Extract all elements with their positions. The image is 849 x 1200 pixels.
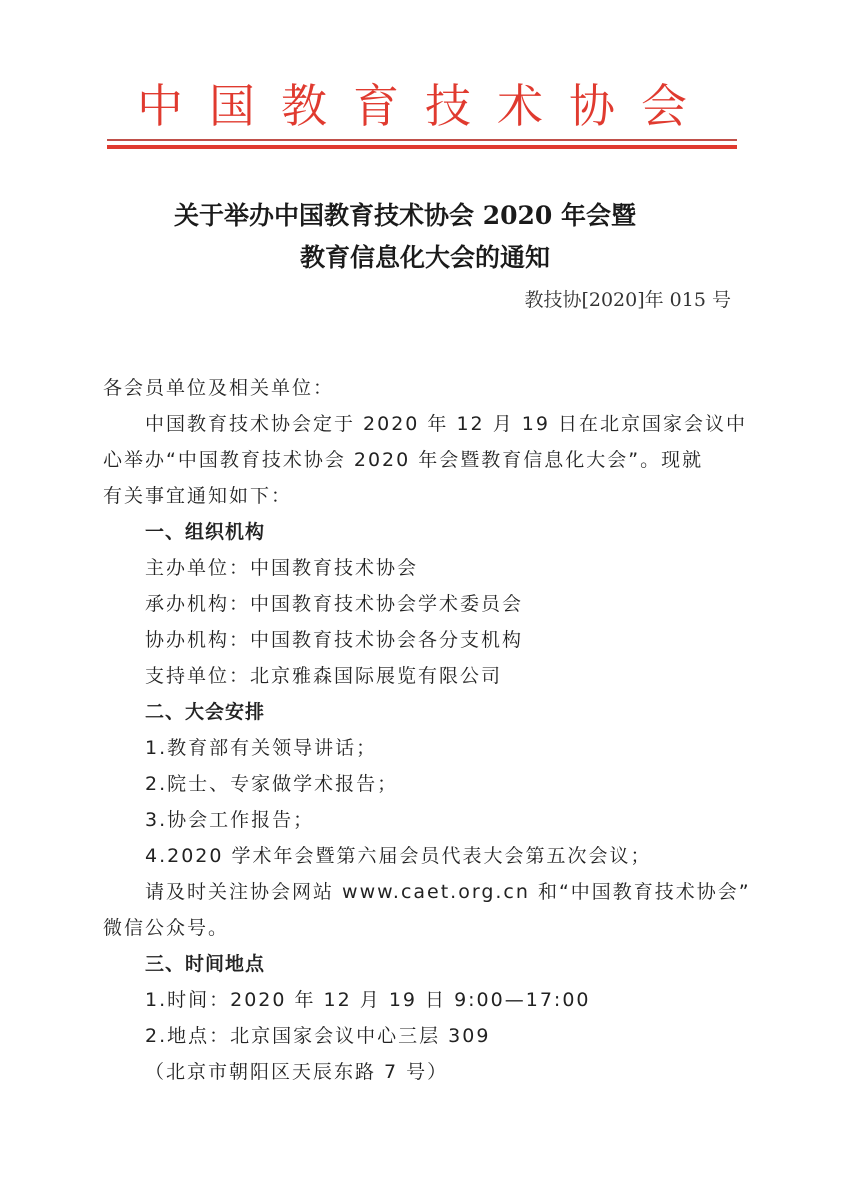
letterhead-rule-thin (107, 139, 737, 141)
section-heading-organization: 一、组织机构 (145, 517, 265, 547)
org-host: 主办单位：中国教育技术协会 (145, 553, 418, 583)
event-venue: 2.地点：北京国家会议中心三层 309 (145, 1021, 490, 1051)
org-supporter: 支持单位：北京雅森国际展览有限公司 (145, 661, 502, 691)
intro-line-1: 中国教育技术协会定于 2020 年 12 月 19 日在北京国家会议中 (145, 409, 747, 439)
section-heading-time-place: 三、时间地点 (145, 949, 265, 979)
agenda-item-2: 2.院士、专家做学术报告； (145, 769, 398, 799)
org-co-organizer: 协办机构：中国教育技术协会各分支机构 (145, 625, 523, 655)
agenda-item-1: 1.教育部有关领导讲话； (145, 733, 377, 763)
event-address: （北京市朝阳区天辰东路 7 号） (145, 1057, 448, 1087)
org-name-letterhead: 中国教育技术协会 (100, 78, 750, 134)
event-time: 1.时间：2020 年 12 月 19 日 9:00—17:00 (145, 985, 591, 1015)
document-number: 教技协[2020]年 015 号 (524, 286, 731, 314)
org-organizer: 承办机构：中国教育技术协会学术委员会 (145, 589, 523, 619)
intro-line-3: 有关事宜通知如下： (103, 481, 292, 511)
salutation: 各会员单位及相关单位： (103, 373, 334, 403)
notice-title-line-2: 教育信息化大会的通知 (100, 238, 750, 278)
letterhead-rule-thick (107, 145, 737, 149)
agenda-item-4: 4.2020 学术年会暨第六届会员代表大会第五次会议； (145, 841, 652, 871)
notice-title-line-1: 关于举办中国教育技术协会 2020 年会暨 (160, 196, 734, 236)
agenda-item-3: 3.协会工作报告； (145, 805, 314, 835)
section-heading-agenda: 二、大会安排 (145, 697, 265, 727)
intro-line-2: 心举办“中国教育技术协会 2020 年会暨教育信息化大会”。现就 (103, 445, 703, 475)
website-notice-continuation: 微信公众号。 (103, 913, 229, 943)
website-notice: 请及时关注协会网站 www.caet.org.cn 和“中国教育技术协会” (145, 877, 751, 907)
